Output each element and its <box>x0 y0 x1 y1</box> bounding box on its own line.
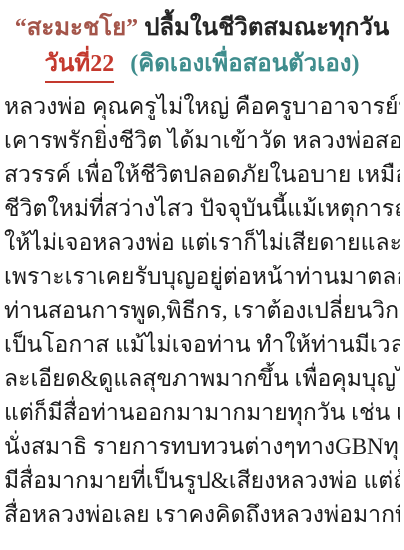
body-line: มีสื่อมากมายที่เป็นรูป&เสียงหลวงพ่อ แต่ถ… <box>4 464 400 498</box>
body-line: สวรรค์ เพื่อให้ชีวิตปลอดภัยในอบาย เหมือน… <box>4 158 400 192</box>
body-line: เคารพรักยิ่งชีวิต ได้มาเข้าวัด หลวงพ่อสอ… <box>4 124 400 158</box>
date-label: วันที่22 <box>45 48 115 83</box>
document-page: “สะมะชโย” ปลื้มในชีวิตสมณะทุกวัน วันที่2… <box>0 0 404 550</box>
title-quoted-name: “สะมะชโย” <box>15 15 139 41</box>
body-line: ละเอียด&ดูแลสุขภาพมากขึ้น เพื่อคุมบุญได้… <box>4 362 400 396</box>
body-line: ชีวิตใหม่ที่สว่างไสว ปัจจุบันนี้แม้เหตุก… <box>4 192 400 226</box>
body-line: แต่ก็มีสื่อท่านออกมามากมายทุกวัน เช่น เส… <box>4 396 400 430</box>
body-line: ท่านสอนการพูด,พิธีกร, เราต้องเปลี่ยนวิกฤ… <box>4 294 400 328</box>
title-text: ปลื้มในชีวิตสมณะทุกวัน <box>144 15 389 41</box>
body-line: หลวงพ่อ คุณครูไม่ใหญ่ คือครูบาอาจารย์ที่… <box>4 90 400 124</box>
body-line: เป็นโอกาส แม้ไม่เจอท่าน ทำให้ท่านมีเวลาท… <box>4 328 400 362</box>
subtitle-row: วันที่22 (คิดเองเพื่อสอนตัวเอง) <box>0 48 404 83</box>
body-paragraph: หลวงพ่อ คุณครูไม่ใหญ่ คือครูบาอาจารย์ที่… <box>0 90 404 532</box>
body-line: นั่งสมาธิ รายการทบทวนต่างๆทางGBNทุกวัน& <box>4 430 400 464</box>
body-line: เพราะเราเคยรับบุญอยู่ต่อหน้าท่านมาตลอด20… <box>4 260 400 294</box>
body-line: สื่อหลวงพ่อเลย เราคงคิดถึงหลวงพ่อมากที่ส… <box>4 498 400 532</box>
note-label: (คิดเองเพื่อสอนตัวเอง) <box>130 48 359 80</box>
body-line: ให้ไม่เจอหลวงพ่อ แต่เราก็ไม่เสียดายและเส… <box>4 226 400 260</box>
page-title: “สะมะชโย” ปลื้มในชีวิตสมณะทุกวัน <box>0 12 404 44</box>
